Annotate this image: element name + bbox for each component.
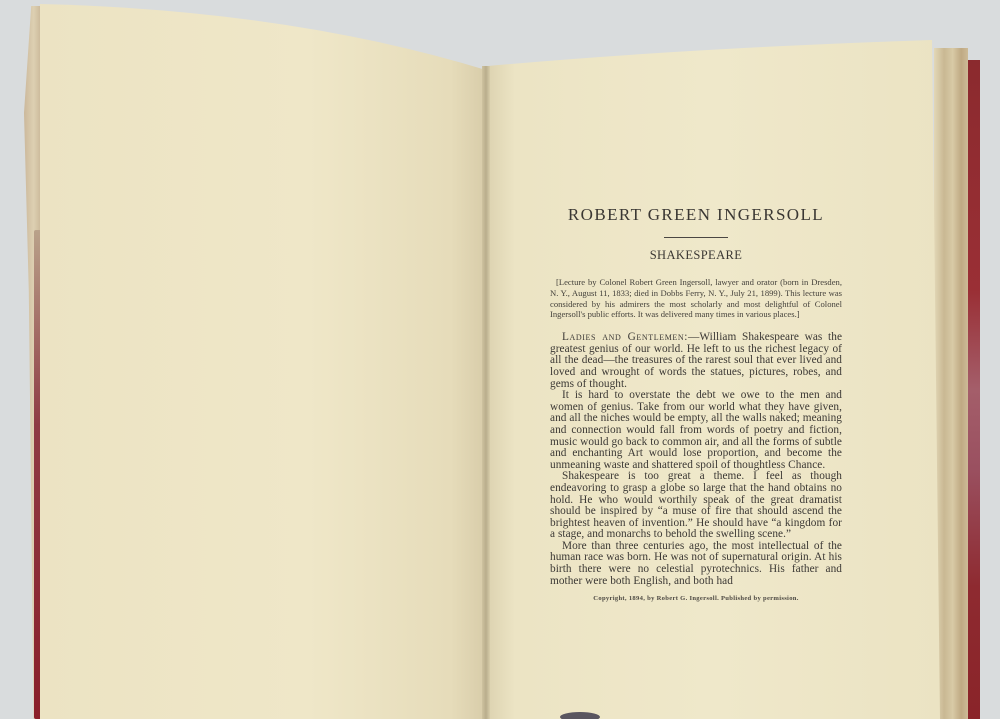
paragraph-4: More than three centuries ago, the most … xyxy=(550,541,842,587)
author-heading: ROBERT GREEN INGERSOLL xyxy=(550,205,842,225)
paragraph-3: Shakespeare is too great a theme. I feel… xyxy=(550,471,842,541)
copyright-footer: Copyright, 1894, by Robert G. Ingersoll.… xyxy=(550,595,842,602)
left-page-blank xyxy=(40,4,486,719)
right-page-edges xyxy=(934,48,968,719)
right-page-text: ROBERT GREEN INGERSOLL SHAKESPEARE [Lect… xyxy=(550,205,842,602)
paragraph-2: It is hard to overstate the debt we owe … xyxy=(550,390,842,471)
shadow xyxy=(560,712,600,719)
paragraph-1: Ladies and Gentlemen:—William Shakespear… xyxy=(550,332,842,390)
book-photo: ROBERT GREEN INGERSOLL SHAKESPEARE [Lect… xyxy=(0,0,1000,719)
intro-note: [Lecture by Colonel Robert Green Ingerso… xyxy=(550,277,842,320)
heading-rule xyxy=(664,237,728,238)
book-gutter xyxy=(482,66,490,719)
lecture-title: SHAKESPEARE xyxy=(550,248,842,263)
salutation: Ladies and Gentlemen: xyxy=(562,331,688,343)
